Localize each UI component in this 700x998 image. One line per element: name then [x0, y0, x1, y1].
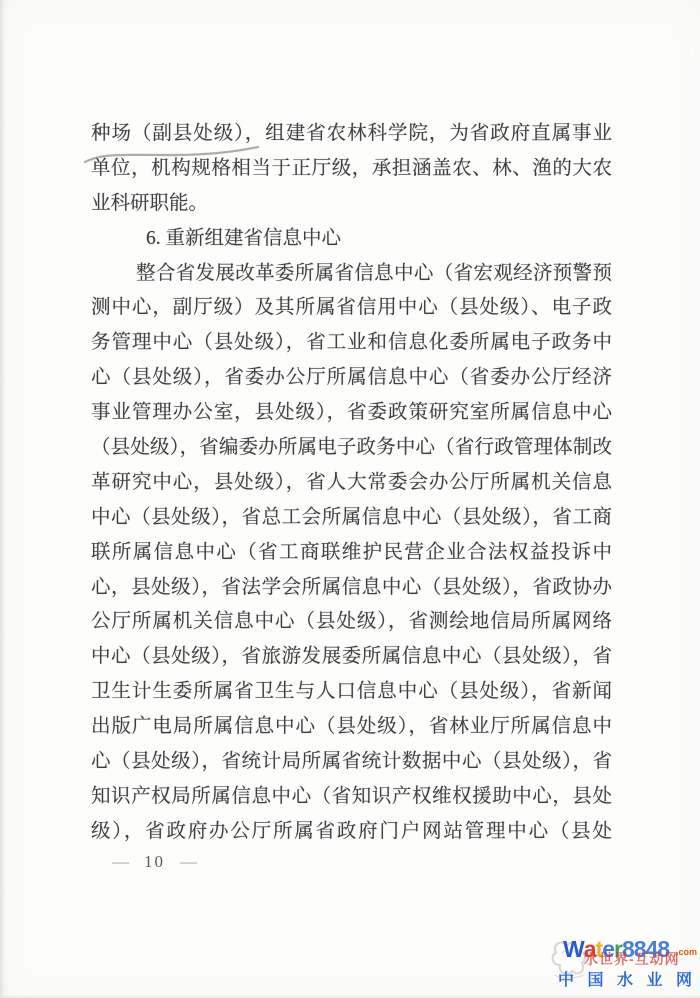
text-line: 联所属信息中心（省工商联维护民营企业合法权益投诉中 — [91, 536, 612, 571]
page-number: —10— — [112, 850, 197, 874]
scanned-document-page: 种场（副县处级），组建省农林科学院，为省政府直属事业单位，机构规格相当于正厅级，… — [0, 0, 700, 998]
text-line: 中心（县处级），省总工会所属信息中心（县处级），省工商 — [91, 501, 612, 536]
text-line: 业科研职能。 — [91, 187, 612, 222]
text-line: 测中心，副厅级）及其所属省信用中心（县处级）、电子政 — [91, 291, 612, 326]
page-number-dash-left: — — [112, 852, 129, 871]
text-line: 单位，机构规格相当于正厅级，承担涵盖农、林、渔的大农 — [91, 152, 612, 187]
watermark-logo-letter: W — [563, 937, 584, 961]
text-line: 种场（副县处级），组建省农林科学院，为省政府直属事业 — [91, 117, 612, 152]
text-line: 务管理中心（县处级），省工业和信息化委所属电子政务中 — [91, 326, 612, 361]
text-line: 心，县处级），省法学会所属信息中心（县处级），省政协办 — [91, 571, 612, 606]
watermark-red-overlay-text: 水世界-互动网 — [584, 949, 680, 969]
page-number-value: 10 — [144, 852, 165, 871]
watermark-subtitle: 中国水业网 — [558, 967, 700, 990]
scan-edge-left — [0, 0, 8, 998]
text-line: 公厅所属机关信息中心（县处级），省测绘地信局所属网络 — [91, 605, 612, 640]
document-body-text: 种场（副县处级），组建省农林科学院，为省政府直属事业单位，机构规格相当于正厅级，… — [91, 117, 612, 850]
text-line: 整合省发展改革委所属省信息中心（省宏观经济预警预 — [91, 257, 612, 292]
text-line: 6. 重新组建省信息中心 — [91, 222, 612, 257]
water8848-watermark: Water8848 .com 水世界-互动网 中国水业网 — [548, 931, 700, 988]
text-line: 卫生计生委所属省卫生与人口信息中心（县处级），省新闻 — [91, 675, 612, 710]
text-line: 中心（县处级），省旅游发展委所属信息中心（县处级），省 — [91, 640, 612, 675]
text-line: 心（县处级），省统计局所属省统计数据中心（县处级），省 — [91, 745, 612, 780]
text-line: 出版广电局所属信息中心（县处级），省林业厅所属信息中 — [91, 710, 612, 745]
text-line: 知识产权局所属信息中心（省知识产权维权援助中心，县处 — [91, 780, 612, 815]
text-line: 心（县处级），省委办公厅所属信息中心（省委办公厅经济 — [91, 361, 612, 396]
page-number-dash-right: — — [180, 852, 197, 871]
text-line: 事业管理办公室，县处级），省委政策研究室所属信息中心 — [91, 396, 612, 431]
text-line: 级），省政府办公厅所属省政府门户网站管理中心（县处 — [91, 815, 612, 850]
text-line: （县处级），省编委办所属电子政务中心（省行政管理体制改 — [91, 431, 612, 466]
text-line: 革研究中心，县处级），省人大常委会办公厅所属机关信息 — [91, 466, 612, 501]
